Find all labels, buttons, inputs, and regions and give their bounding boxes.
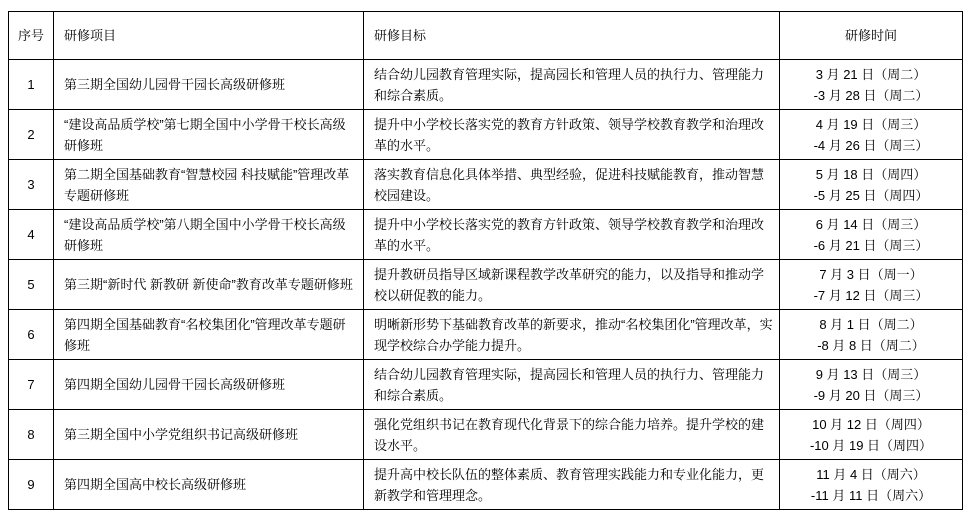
cell-project: 第三期全国中小学党组织书记高级研修班 [54,410,364,460]
time-end: -6 月 21 日（周三） [782,235,960,256]
cell-project: 第四期全国基础教育“名校集团化”管理改革专题研修班 [54,310,364,360]
table-row: 3 第二期全国基础教育“智慧校园 科技赋能”管理改革专题研修班 落实教育信息化具… [9,160,963,210]
cell-time: 9 月 13 日（周三） -9 月 20 日（周三） [780,360,963,410]
table-row: 6 第四期全国基础教育“名校集团化”管理改革专题研修班 明晰新形势下基础教育改革… [9,310,963,360]
header-no: 序号 [9,12,54,60]
header-project: 研修项目 [54,12,364,60]
training-schedule-table: 序号 研修项目 研修目标 研修时间 1 第三期全国幼儿园骨干园长高级研修班 结合… [8,11,963,510]
time-start: 4 月 19 日（周三） [782,114,960,135]
time-end: -8 月 8 日（周二） [782,335,960,356]
cell-no: 1 [9,60,54,110]
cell-no: 2 [9,110,54,160]
time-start: 10 月 12 日（周四） [782,414,960,435]
time-start: 11 月 4 日（周六） [782,464,960,485]
cell-objective: 提升中小学校长落实党的教育方针政策、领导学校教育教学和治理改革的水平。 [364,110,780,160]
time-end: -11 月 11 日（周六） [782,485,960,506]
time-end: -7 月 12 日（周三） [782,285,960,306]
time-start: 7 月 3 日（周一） [782,264,960,285]
document-sheet: 序号 研修项目 研修目标 研修时间 1 第三期全国幼儿园骨干园长高级研修班 结合… [8,11,963,510]
cell-project: “建设高品质学校”第七期全国中小学骨干校长高级研修班 [54,110,364,160]
time-end: -3 月 28 日（周二） [782,85,960,106]
header-row: 序号 研修项目 研修目标 研修时间 [9,12,963,60]
cell-no: 7 [9,360,54,410]
time-end: -4 月 26 日（周三） [782,135,960,156]
time-start: 6 月 14 日（周三） [782,214,960,235]
time-start: 5 月 18 日（周四） [782,164,960,185]
cell-objective: 提升高中校长队伍的整体素质、教育管理实践能力和专业化能力，更新教学和管理理念。 [364,460,780,510]
time-start: 3 月 21 日（周二） [782,64,960,85]
cell-time: 6 月 14 日（周三） -6 月 21 日（周三） [780,210,963,260]
cell-project: 第三期全国幼儿园骨干园长高级研修班 [54,60,364,110]
cell-objective: 提升中小学校长落实党的教育方针政策、领导学校教育教学和治理改革的水平。 [364,210,780,260]
cell-objective: 明晰新形势下基础教育改革的新要求，推动“名校集团化”管理改革，实现学校综合办学能… [364,310,780,360]
cell-no: 3 [9,160,54,210]
cell-project: “建设高品质学校”第八期全国中小学骨干校长高级研修班 [54,210,364,260]
cell-no: 4 [9,210,54,260]
table-row: 8 第三期全国中小学党组织书记高级研修班 强化党组织书记在教育现代化背景下的综合… [9,410,963,460]
cell-project: 第四期全国高中校长高级研修班 [54,460,364,510]
cell-no: 8 [9,410,54,460]
cell-project: 第二期全国基础教育“智慧校园 科技赋能”管理改革专题研修班 [54,160,364,210]
cell-time: 7 月 3 日（周一） -7 月 12 日（周三） [780,260,963,310]
cell-objective: 落实教育信息化具体举措、典型经验，促进科技赋能教育，推动智慧校园建设。 [364,160,780,210]
cell-objective: 结合幼儿园教育管理实际，提高园长和管理人员的执行力、管理能力和综合素质。 [364,360,780,410]
cell-objective: 提升教研员指导区域新课程教学改革研究的能力，以及指导和推动学校以研促教的能力。 [364,260,780,310]
cell-time: 5 月 18 日（周四） -5 月 25 日（周四） [780,160,963,210]
table-row: 5 第三期“新时代 新教研 新使命”教育改革专题研修班 提升教研员指导区域新课程… [9,260,963,310]
cell-objective: 强化党组织书记在教育现代化背景下的综合能力培养。提升学校的建设水平。 [364,410,780,460]
cell-no: 9 [9,460,54,510]
time-end: -5 月 25 日（周四） [782,185,960,206]
cell-time: 11 月 4 日（周六） -11 月 11 日（周六） [780,460,963,510]
table-row: 2 “建设高品质学校”第七期全国中小学骨干校长高级研修班 提升中小学校长落实党的… [9,110,963,160]
cell-time: 4 月 19 日（周三） -4 月 26 日（周三） [780,110,963,160]
time-end: -10 月 19 日（周四） [782,435,960,456]
cell-project: 第三期“新时代 新教研 新使命”教育改革专题研修班 [54,260,364,310]
time-end: -9 月 20 日（周三） [782,385,960,406]
cell-no: 6 [9,310,54,360]
cell-no: 5 [9,260,54,310]
cell-objective: 结合幼儿园教育管理实际，提高园长和管理人员的执行力、管理能力和综合素质。 [364,60,780,110]
table-row: 1 第三期全国幼儿园骨干园长高级研修班 结合幼儿园教育管理实际，提高园长和管理人… [9,60,963,110]
table-row: 7 第四期全国幼儿园骨干园长高级研修班 结合幼儿园教育管理实际，提高园长和管理人… [9,360,963,410]
cell-time: 10 月 12 日（周四） -10 月 19 日（周四） [780,410,963,460]
header-time: 研修时间 [780,12,963,60]
table-row: 9 第四期全国高中校长高级研修班 提升高中校长队伍的整体素质、教育管理实践能力和… [9,460,963,510]
cell-time: 8 月 1 日（周二） -8 月 8 日（周二） [780,310,963,360]
time-start: 9 月 13 日（周三） [782,364,960,385]
header-objective: 研修目标 [364,12,780,60]
time-start: 8 月 1 日（周二） [782,314,960,335]
cell-time: 3 月 21 日（周二） -3 月 28 日（周二） [780,60,963,110]
table-row: 4 “建设高品质学校”第八期全国中小学骨干校长高级研修班 提升中小学校长落实党的… [9,210,963,260]
cell-project: 第四期全国幼儿园骨干园长高级研修班 [54,360,364,410]
